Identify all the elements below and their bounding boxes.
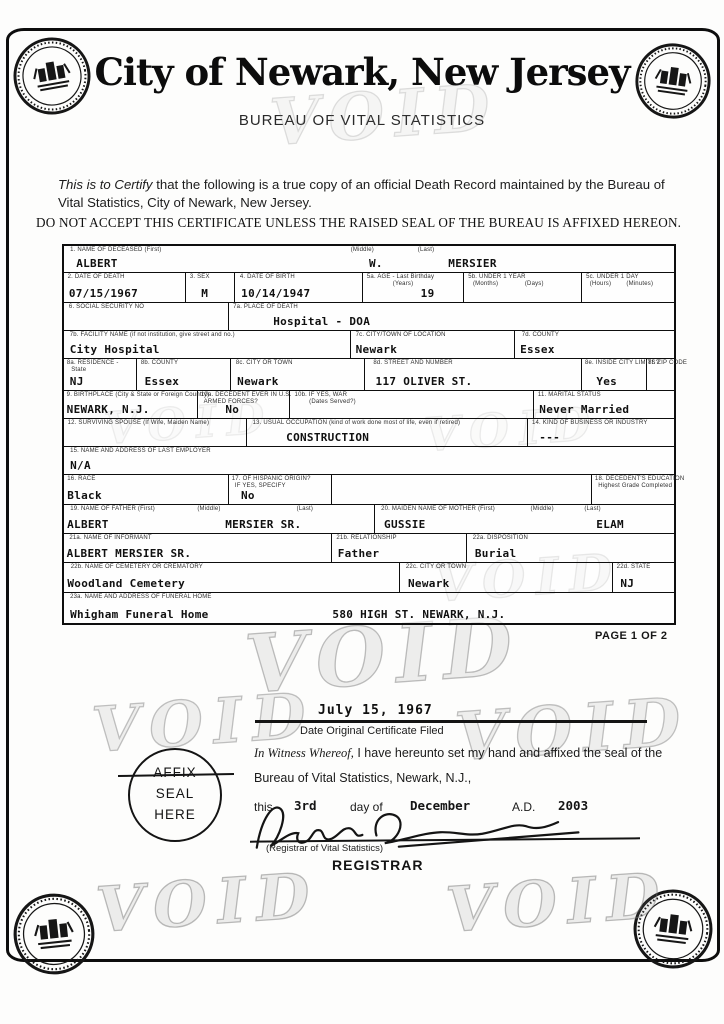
cemetery-state-field-value: NJ	[620, 577, 634, 590]
name-of-deceased-field-label: (Middle)	[351, 247, 374, 253]
cemetery-name-field-label: 22b. NAME OF CEMETERY OR CREMATORY	[71, 564, 203, 570]
date-of-birth-field-value: 10/14/1947	[241, 287, 310, 300]
cemetery-city-field-value: Newark	[408, 577, 450, 590]
city-seal-bottom-right-icon	[627, 883, 718, 974]
hispanic-origin-field-value: No	[241, 489, 255, 502]
under-one-day-field-label: (Minutes)	[626, 281, 653, 287]
residence-city-field: 8c. CITY OR TOWNNewark	[231, 359, 365, 390]
date-filed-caption: Date Original Certificate Filed	[300, 725, 444, 737]
residence-county-field-value: Essex	[145, 375, 180, 388]
under-one-day-field-label: (Hours)	[590, 281, 611, 287]
residence-county-field: 8b. COUNTYEssex	[137, 359, 230, 390]
birthplace-field-value: NEWARK, N.J.	[67, 403, 150, 416]
father-name-field-value: ALBERT	[67, 518, 109, 531]
row9-spacer-field	[332, 475, 591, 504]
date-of-death-field: 2. DATE OF DEATH07/15/1967	[64, 273, 186, 302]
form-row-7: 12. SURVIVING SPOUSE (If Wife, Maiden Na…	[64, 419, 674, 447]
residence-state-field-value: NJ	[70, 375, 84, 388]
name-of-deceased-field-label: 1. NAME OF DECEASED (First)	[70, 247, 161, 253]
inside-city-limits-field: 8e. INSIDE CITY LIMITS?Yes	[582, 359, 646, 390]
funeral-home-field-value: 580 HIGH ST. NEWARK, N.J.	[332, 608, 505, 621]
funeral-home-field: 23a. NAME AND ADDRESS OF FUNERAL HOMEWhi…	[64, 593, 674, 623]
cemetery-state-field: 22d. STATENJ	[613, 563, 674, 592]
warning-text: DO NOT ACCEPT THIS CERTIFICATE UNLESS TH…	[36, 215, 702, 231]
cemetery-city-field: 22c. CITY OR TOWNNewark	[400, 563, 614, 592]
mother-maiden-name-field-label: 20. MAIDEN NAME OF MOTHER (First)	[381, 506, 495, 512]
date-of-death-field-value: 07/15/1967	[69, 287, 138, 300]
marital-status-field-label: 11. MARITAL STATUS	[538, 392, 601, 398]
form-row-12: 22b. NAME OF CEMETERY OR CREMATORYWoodla…	[64, 563, 674, 593]
facility-county-field-label: 7d. COUNTY	[522, 332, 559, 338]
zip-code-field-label: 8f. ZIP CODE	[648, 360, 687, 366]
race-field: 16. RACEBlack	[64, 475, 229, 504]
facility-name-field: 7b. FACILITY NAME (if not institution, g…	[64, 331, 351, 358]
affix-seal-circle: AFFIX SEAL HERE	[128, 748, 222, 842]
social-security-field: 6. SOCIAL SECURITY NO	[64, 303, 229, 330]
name-of-deceased-field: 1. NAME OF DECEASED (First)(Middle)(Last…	[64, 246, 674, 272]
father-name-field-value: MERSIER SR.	[225, 518, 301, 531]
sex-field-label: 3. SEX	[190, 274, 210, 280]
residence-city-field-label: 8c. CITY OR TOWN	[236, 360, 293, 366]
date-of-birth-field: 4. DATE OF BIRTH10/14/1947	[235, 273, 363, 302]
age-field-label: 5a. AGE - Last Birthday	[367, 274, 434, 280]
disposition-field-value: Burial	[475, 547, 517, 560]
void-watermark: VOID	[94, 858, 322, 946]
war-dates-field: 10b. IF YES, WAR(Dates Served?)	[290, 391, 534, 418]
under-one-day-field-label: 5c. UNDER 1 DAY	[586, 274, 639, 280]
education-field-label: 18. DECEDENT'S EDUCATION	[595, 476, 685, 482]
cemetery-city-field-label: 22c. CITY OR TOWN	[406, 564, 466, 570]
zip-code-field: 8f. ZIP CODE	[647, 359, 674, 390]
facility-county-field-value: Essex	[520, 343, 555, 356]
relationship-field: 21b. RELATIONSHIPFather	[332, 534, 466, 562]
occupation-field-label: 13. USUAL OCCUPATION (kind of work done …	[253, 420, 461, 426]
business-industry-field: 14. KIND OF BUSINESS OR INDUSTRY---	[528, 419, 674, 446]
funeral-home-field-label: 23a. NAME AND ADDRESS OF FUNERAL HOME	[70, 594, 212, 600]
form-row-6: 9. BIRTHPLACE (City & State or Foreign C…	[64, 391, 674, 419]
page-subtitle: BUREAU OF VITAL STATISTICS	[60, 112, 664, 129]
name-of-deceased-field-label: (Last)	[418, 247, 435, 253]
business-industry-field-value: ---	[539, 431, 560, 444]
form-row-3: 6. SOCIAL SECURITY NO7a. PLACE OF DEATHH…	[64, 303, 674, 331]
armed-forces-field-value: No	[225, 403, 239, 416]
name-of-deceased-field-value: ALBERT	[76, 257, 118, 270]
war-dates-field-label: 10b. IF YES, WAR	[295, 392, 348, 398]
witness-line1-rest: I have hereunto set my hand and affixed …	[354, 746, 662, 760]
certification-text: This is to Certify that the following is…	[58, 176, 692, 212]
marital-status-field: 11. MARITAL STATUSNever Married	[534, 391, 674, 418]
certification-lead: This is to Certify	[58, 177, 153, 192]
facility-name-field-label: 7b. FACILITY NAME (if not institution, g…	[70, 332, 235, 338]
death-certificate-scan: { "colors": { "ink": "#111111", "paper":…	[0, 0, 724, 1024]
date-filed-line	[255, 720, 647, 723]
age-field-value: 19	[421, 287, 435, 300]
inside-city-limits-field-value: Yes	[596, 375, 617, 388]
date-of-death-field-label: 2. DATE OF DEATH	[68, 274, 125, 280]
facility-city-field: 7c. CITY/TOWN OF LOCATIONNewark	[351, 331, 516, 358]
disposition-field: 22a. DISPOSITIONBurial	[467, 534, 674, 562]
father-name-field-label: 19. NAME OF FATHER (First)	[70, 506, 155, 512]
armed-forces-field: 10a. DECEDENT EVER IN U.S.ARMED FORCES?N…	[198, 391, 290, 418]
social-security-field-label: 6. SOCIAL SECURITY NO	[69, 304, 144, 310]
residence-street-field-label: 8d. STREET AND NUMBER	[373, 360, 452, 366]
hispanic-origin-field: 17. OF HISPANIC ORIGIN?IF YES, SPECIFYNo	[229, 475, 333, 504]
race-field-value: Black	[67, 489, 102, 502]
business-industry-field-label: 14. KIND OF BUSINESS OR INDUSTRY	[532, 420, 648, 426]
marital-status-field-value: Never Married	[539, 403, 629, 416]
surviving-spouse-field-label: 12. SURVIVING SPOUSE (If Wife, Maiden Na…	[68, 420, 210, 426]
date-of-birth-field-label: 4. DATE OF BIRTH	[240, 274, 295, 280]
form-row-10: 19. NAME OF FATHER (First)(Middle)(Last)…	[64, 505, 674, 534]
under-one-year-field: 5b. UNDER 1 YEAR(Months)(Days)	[464, 273, 583, 302]
mother-maiden-name-field-label: (Middle)	[531, 506, 554, 512]
mother-maiden-name-field-value: ELAM	[596, 518, 624, 531]
form-row-13: 23a. NAME AND ADDRESS OF FUNERAL HOMEWhi…	[64, 593, 674, 623]
form-row-4: 7b. FACILITY NAME (if not institution, g…	[64, 331, 674, 359]
surviving-spouse-field: 12. SURVIVING SPOUSE (If Wife, Maiden Na…	[64, 419, 247, 446]
witness-lead: In Witness Whereof,	[254, 746, 354, 760]
relationship-field-label: 21b. RELATIONSHIP	[336, 535, 396, 541]
facility-city-field-value: Newark	[356, 343, 398, 356]
cemetery-state-field-label: 22d. STATE	[617, 564, 651, 570]
informant-name-field-label: 21a. NAME OF INFORMANT	[69, 535, 151, 541]
under-one-year-field-label: (Months)	[473, 281, 498, 287]
page-title: City of Newark, New Jersey	[60, 50, 664, 94]
form-row-9: 16. RACEBlack17. OF HISPANIC ORIGIN?IF Y…	[64, 475, 674, 505]
mother-maiden-name-field: 20. MAIDEN NAME OF MOTHER (First)(Middle…	[375, 505, 674, 533]
affix-seal-line2: SEAL	[130, 784, 220, 805]
registrar-caption: (Registrar of Vital Statistics)	[266, 843, 383, 854]
sex-field: 3. SEXM	[186, 273, 235, 302]
facility-name-field-value: City Hospital	[70, 343, 160, 356]
form-row-1: 1. NAME OF DECEASED (First)(Middle)(Last…	[64, 246, 674, 273]
form-row-2: 2. DATE OF DEATH07/15/19673. SEXM4. DATE…	[64, 273, 674, 303]
name-of-deceased-field-value: MERSIER	[448, 257, 496, 270]
form-row-8: 15. NAME AND ADDRESS OF LAST EMPLOYERN/A	[64, 447, 674, 475]
form-row-5: 8a. RESIDENCE -StateNJ8b. COUNTYEssex8c.…	[64, 359, 674, 391]
page-indicator: PAGE 1 OF 2	[595, 630, 668, 642]
father-name-field-label: (Last)	[297, 506, 314, 512]
name-of-deceased-field-value: W.	[369, 257, 383, 270]
place-of-death-field: 7a. PLACE OF DEATHHospital - DOA	[229, 303, 674, 330]
last-employer-field-label: 15. NAME AND ADDRESS OF LAST EMPLOYER	[70, 448, 211, 454]
war-dates-field-label: (Dates Served?)	[309, 399, 356, 405]
armed-forces-field-label: 10a. DECEDENT EVER IN U.S.	[201, 392, 291, 398]
age-field-label: (Years)	[393, 281, 414, 287]
last-employer-field: 15. NAME AND ADDRESS OF LAST EMPLOYERN/A	[64, 447, 674, 474]
under-one-day-field: 5c. UNDER 1 DAY(Hours)(Minutes)	[582, 273, 674, 302]
affix-seal-line3: HERE	[130, 805, 220, 826]
father-name-field: 19. NAME OF FATHER (First)(Middle)(Last)…	[64, 505, 375, 533]
registrar-title: REGISTRAR	[332, 857, 423, 873]
residence-state-field-label: State	[71, 367, 86, 373]
under-one-year-field-label: 5b. UNDER 1 YEAR	[468, 274, 525, 280]
cemetery-name-field-value: Woodland Cemetery	[67, 577, 185, 590]
facility-county-field: 7d. COUNTYEssex	[515, 331, 674, 358]
place-of-death-field-value: Hospital - DOA	[273, 315, 370, 328]
last-employer-field-value: N/A	[70, 459, 91, 472]
witness-line-2: Bureau of Vital Statistics, Newark, N.J.…	[254, 771, 471, 785]
occupation-field: 13. USUAL OCCUPATION (kind of work done …	[247, 419, 528, 446]
relationship-field-value: Father	[338, 547, 380, 560]
funeral-home-field-value: Whigham Funeral Home	[70, 608, 208, 621]
education-field-label: Highest Grade Completed	[598, 483, 672, 489]
residence-state-field-label: 8a. RESIDENCE -	[67, 360, 119, 366]
disposition-field-label: 22a. DISPOSITION	[473, 535, 528, 541]
mother-maiden-name-field-label: (Last)	[584, 506, 601, 512]
hispanic-origin-field-label: 17. OF HISPANIC ORIGIN?	[232, 476, 311, 482]
race-field-label: 16. RACE	[67, 476, 95, 482]
occupation-field-value: CONSTRUCTION	[286, 431, 369, 444]
residence-state-field: 8a. RESIDENCE -StateNJ	[64, 359, 137, 390]
void-watermark: VOID	[453, 682, 694, 776]
facility-city-field-label: 7c. CITY/TOWN OF LOCATION	[356, 332, 446, 338]
residence-street-field-value: 117 OLIVER ST.	[376, 375, 473, 388]
residence-city-field-value: Newark	[237, 375, 279, 388]
education-field: 18. DECEDENT'S EDUCATIONHighest Grade Co…	[592, 475, 674, 504]
witness-line-1: In Witness Whereof, I have hereunto set …	[254, 746, 662, 761]
city-seal-bottom-left-icon	[8, 888, 100, 980]
age-field: 5a. AGE - Last Birthday(Years)19	[363, 273, 464, 302]
father-name-field-label: (Middle)	[197, 506, 220, 512]
sex-field-value: M	[201, 287, 208, 300]
mother-maiden-name-field-value: GUSSIE	[384, 518, 426, 531]
informant-name-field-value: ALBERT MERSIER SR.	[67, 547, 192, 560]
informant-name-field: 21a. NAME OF INFORMANTALBERT MERSIER SR.	[64, 534, 332, 562]
date-filed-value: July 15, 1967	[318, 703, 433, 718]
birthplace-field-label: 9. BIRTHPLACE (City & State or Foreign C…	[67, 392, 210, 398]
residence-street-field: 8d. STREET AND NUMBER117 OLIVER ST.	[365, 359, 583, 390]
form-table: 1. NAME OF DECEASED (First)(Middle)(Last…	[62, 244, 676, 625]
form-row-11: 21a. NAME OF INFORMANTALBERT MERSIER SR.…	[64, 534, 674, 563]
residence-county-field-label: 8b. COUNTY	[141, 360, 178, 366]
cemetery-name-field: 22b. NAME OF CEMETERY OR CREMATORYWoodla…	[64, 563, 400, 592]
birthplace-field: 9. BIRTHPLACE (City & State or Foreign C…	[64, 391, 198, 418]
place-of-death-field-label: 7a. PLACE OF DEATH	[233, 304, 298, 310]
under-one-year-field-label: (Days)	[525, 281, 544, 287]
